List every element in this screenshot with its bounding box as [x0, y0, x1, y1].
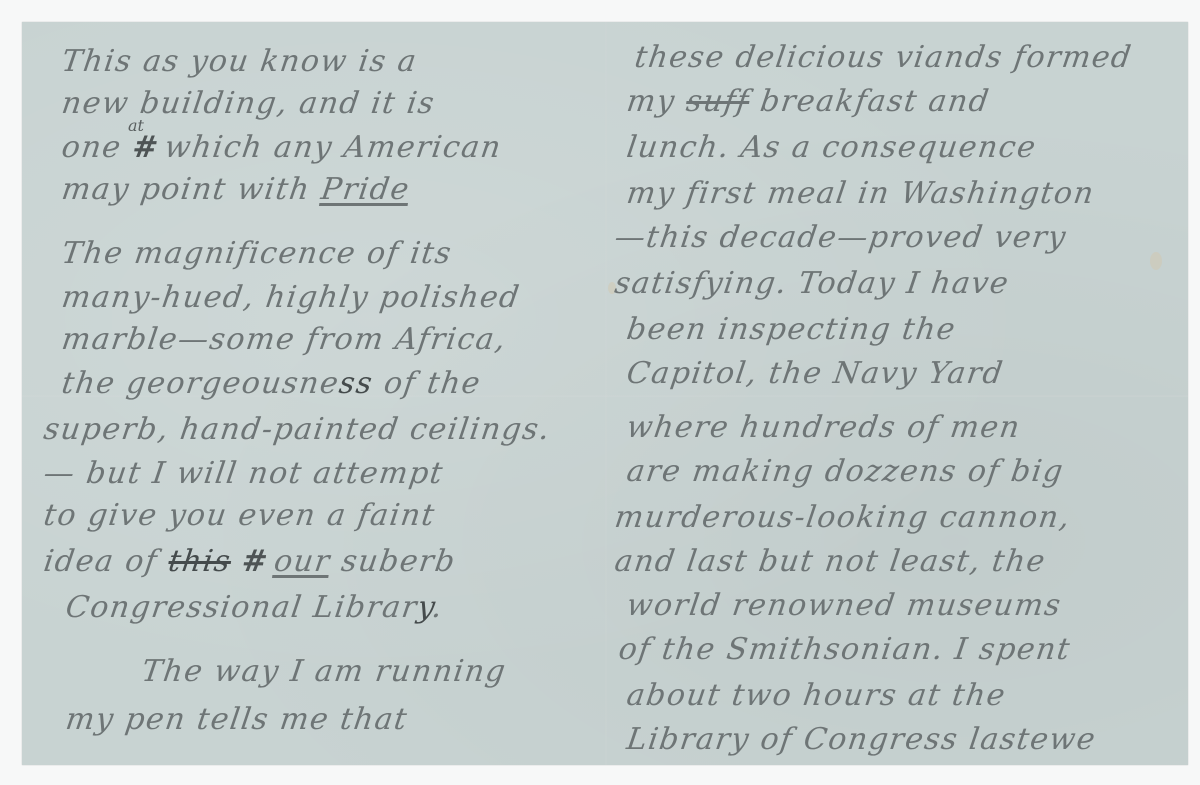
letter-line: my pen tells me that — [64, 702, 411, 737]
letter-line: and last but not least, the — [613, 544, 1049, 579]
letter-line: one # which any American — [60, 130, 505, 165]
corrected-letters: ss — [337, 366, 376, 401]
letter-line: marble—some from Africa, — [60, 322, 509, 357]
line-text: breakfast and — [747, 84, 992, 119]
letter-line: these delicious viands formed — [633, 40, 1135, 75]
letter-line: murderous-looking cannon, — [613, 500, 1074, 535]
letter-line: to give you even a faint — [42, 498, 438, 533]
left-page: This as you know is a new building, and … — [22, 22, 605, 765]
letter-line: The way I am running — [140, 654, 509, 689]
letter-line: idea of this # our suberb — [42, 544, 459, 579]
scribbled-out-word: # — [240, 544, 266, 579]
letter-line: —this decade—proved very — [613, 220, 1069, 255]
struck-word: this — [166, 544, 233, 579]
letter-line: the georgeousness of the — [60, 366, 484, 401]
letter-line: satisfying. Today I have — [613, 266, 1012, 301]
underlined-word: Pride — [319, 172, 413, 207]
line-text: Congressional Librar — [64, 590, 421, 625]
line-text: of the — [371, 366, 484, 401]
letter-line: superb, hand-painted ceilings. — [42, 412, 553, 447]
line-text: my — [625, 84, 689, 119]
letter-line: about two hours at the — [625, 678, 1009, 713]
letter-line: many-hued, highly polished — [60, 280, 523, 315]
line-text: which any American — [151, 130, 504, 165]
line-text: suberb — [328, 544, 458, 579]
letter-line: of the Smithsonian. I spent — [617, 632, 1074, 667]
letter-line: been inspecting the — [625, 312, 959, 347]
line-text: one — [60, 130, 136, 165]
line-text: may point with — [60, 172, 324, 207]
letter-line: Congressional Library. — [64, 590, 446, 625]
letter-line: Capitol, the Navy Yard — [625, 356, 1006, 391]
right-page: these delicious viands formed my suff br… — [607, 22, 1188, 765]
letter-line: new building, and it is — [60, 86, 438, 121]
letter-line: may point with Pride — [60, 172, 413, 207]
letter-line: Library of Congress lastewe — [625, 722, 1099, 757]
letter-line: world renowned museums — [625, 588, 1064, 623]
letter-sheet: This as you know is a new building, and … — [22, 22, 1188, 765]
letter-line: lunch. As a consequence — [625, 130, 1039, 165]
line-text: the georgeousne — [60, 366, 342, 401]
letter-line: my first meal in Washington — [625, 176, 1097, 211]
struck-word: suff — [684, 84, 752, 119]
letter-line: where hundreds of men — [625, 410, 1023, 445]
letter-line: This as you know is a — [60, 44, 420, 79]
letter-line: are making dozzens of big — [625, 454, 1067, 489]
line-text: idea of — [42, 544, 172, 579]
letter-line: — but I will not attempt — [42, 456, 446, 491]
underlined-word: our — [272, 544, 333, 579]
letter-line: The magnificence of its — [60, 236, 455, 271]
letter-line: my suff breakfast and — [625, 84, 993, 119]
